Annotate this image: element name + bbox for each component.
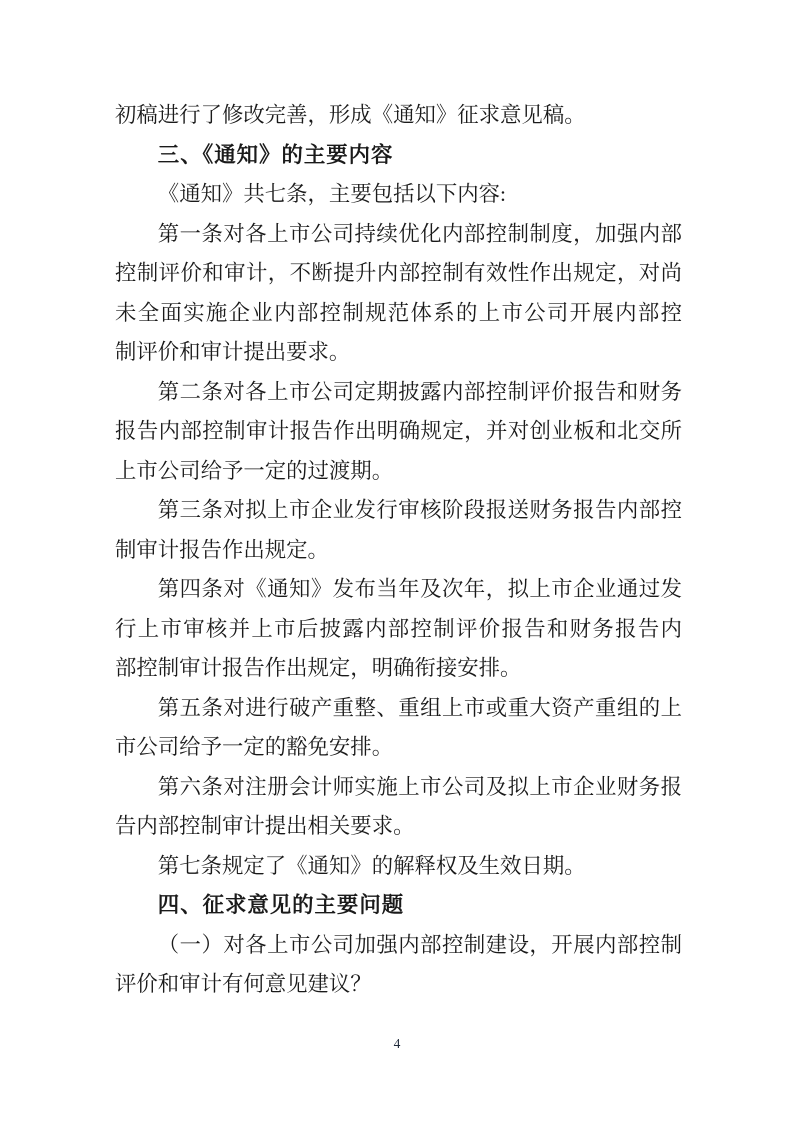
- page-number: 4: [394, 1036, 401, 1051]
- heading-line: 三、《通知》的主要内容: [115, 136, 682, 176]
- paragraph-article-2: 第二条对各上市公司定期披露内部控制评价报告和财务 报告内部控制审计报告作出明确规…: [115, 373, 682, 492]
- text-line: 告内部控制审计提出相关要求。: [115, 807, 682, 847]
- paragraph-continuation: 初稿进行了修改完善，形成《通知》征求意见稿。: [115, 96, 682, 136]
- section-heading-3: 三、《通知》的主要内容: [115, 136, 682, 176]
- text-line: 第七条规定了《通知》的解释权及生效日期。: [115, 847, 682, 887]
- paragraph-article-3: 第三条对拟上市企业发行审核阶段报送财务报告内部控 制审计报告作出规定。: [115, 491, 682, 570]
- text-line: 第六条对注册会计师实施上市公司及拟上市企业财务报: [115, 768, 682, 808]
- text-line: （一）对各上市公司加强内部控制建设，开展内部控制: [115, 926, 682, 966]
- text-line: 初稿进行了修改完善，形成《通知》征求意见稿。: [115, 96, 682, 136]
- text-line: 第一条对各上市公司持续优化内部控制制度，加强内部: [115, 215, 682, 255]
- text-line: 《通知》共七条，主要包括以下内容:: [115, 175, 682, 215]
- paragraph-article-5: 第五条对进行破产重整、重组上市或重大资产重组的上 市公司给予一定的豁免安排。: [115, 689, 682, 768]
- text-line: 上市公司给予一定的过渡期。: [115, 452, 682, 492]
- text-line: 第五条对进行破产重整、重组上市或重大资产重组的上: [115, 689, 682, 729]
- section-heading-4: 四、征求意见的主要问题: [115, 886, 682, 926]
- paragraph-intro: 《通知》共七条，主要包括以下内容:: [115, 175, 682, 215]
- text-line: 第四条对《通知》发布当年及次年，拟上市企业通过发: [115, 570, 682, 610]
- page-footer: 4: [0, 1036, 794, 1052]
- document-body: 初稿进行了修改完善，形成《通知》征求意见稿。 三、《通知》的主要内容 《通知》共…: [115, 96, 682, 1005]
- paragraph-article-4: 第四条对《通知》发布当年及次年，拟上市企业通过发 行上市审核并上市后披露内部控制…: [115, 570, 682, 689]
- page: 初稿进行了修改完善，形成《通知》征求意见稿。 三、《通知》的主要内容 《通知》共…: [0, 0, 794, 1123]
- document-page: { "colors": { "background": "#ffffff", "…: [0, 0, 794, 1123]
- text-line: 部控制审计报告作出规定，明确衔接安排。: [115, 649, 682, 689]
- text-line: 市公司给予一定的豁免安排。: [115, 728, 682, 768]
- paragraph-article-1: 第一条对各上市公司持续优化内部控制制度，加强内部 控制评价和审计，不断提升内部控…: [115, 215, 682, 373]
- paragraph-question-1: （一）对各上市公司加强内部控制建设，开展内部控制 评价和审计有何意见建议？: [115, 926, 682, 1005]
- heading-line: 四、征求意见的主要问题: [115, 886, 682, 926]
- text-line: 制评价和审计提出要求。: [115, 333, 682, 373]
- text-line: 未全面实施企业内部控制规范体系的上市公司开展内部控: [115, 294, 682, 334]
- text-line: 第三条对拟上市企业发行审核阶段报送财务报告内部控: [115, 491, 682, 531]
- paragraph-article-6: 第六条对注册会计师实施上市公司及拟上市企业财务报 告内部控制审计提出相关要求。: [115, 768, 682, 847]
- text-line: 评价和审计有何意见建议？: [115, 965, 682, 1005]
- text-line: 制审计报告作出规定。: [115, 531, 682, 571]
- paragraph-article-7: 第七条规定了《通知》的解释权及生效日期。: [115, 847, 682, 887]
- text-line: 报告内部控制审计报告作出明确规定，并对创业板和北交所: [115, 412, 682, 452]
- text-line: 控制评价和审计，不断提升内部控制有效性作出规定，对尚: [115, 254, 682, 294]
- text-line: 行上市审核并上市后披露内部控制评价报告和财务报告内: [115, 610, 682, 650]
- text-line: 第二条对各上市公司定期披露内部控制评价报告和财务: [115, 373, 682, 413]
